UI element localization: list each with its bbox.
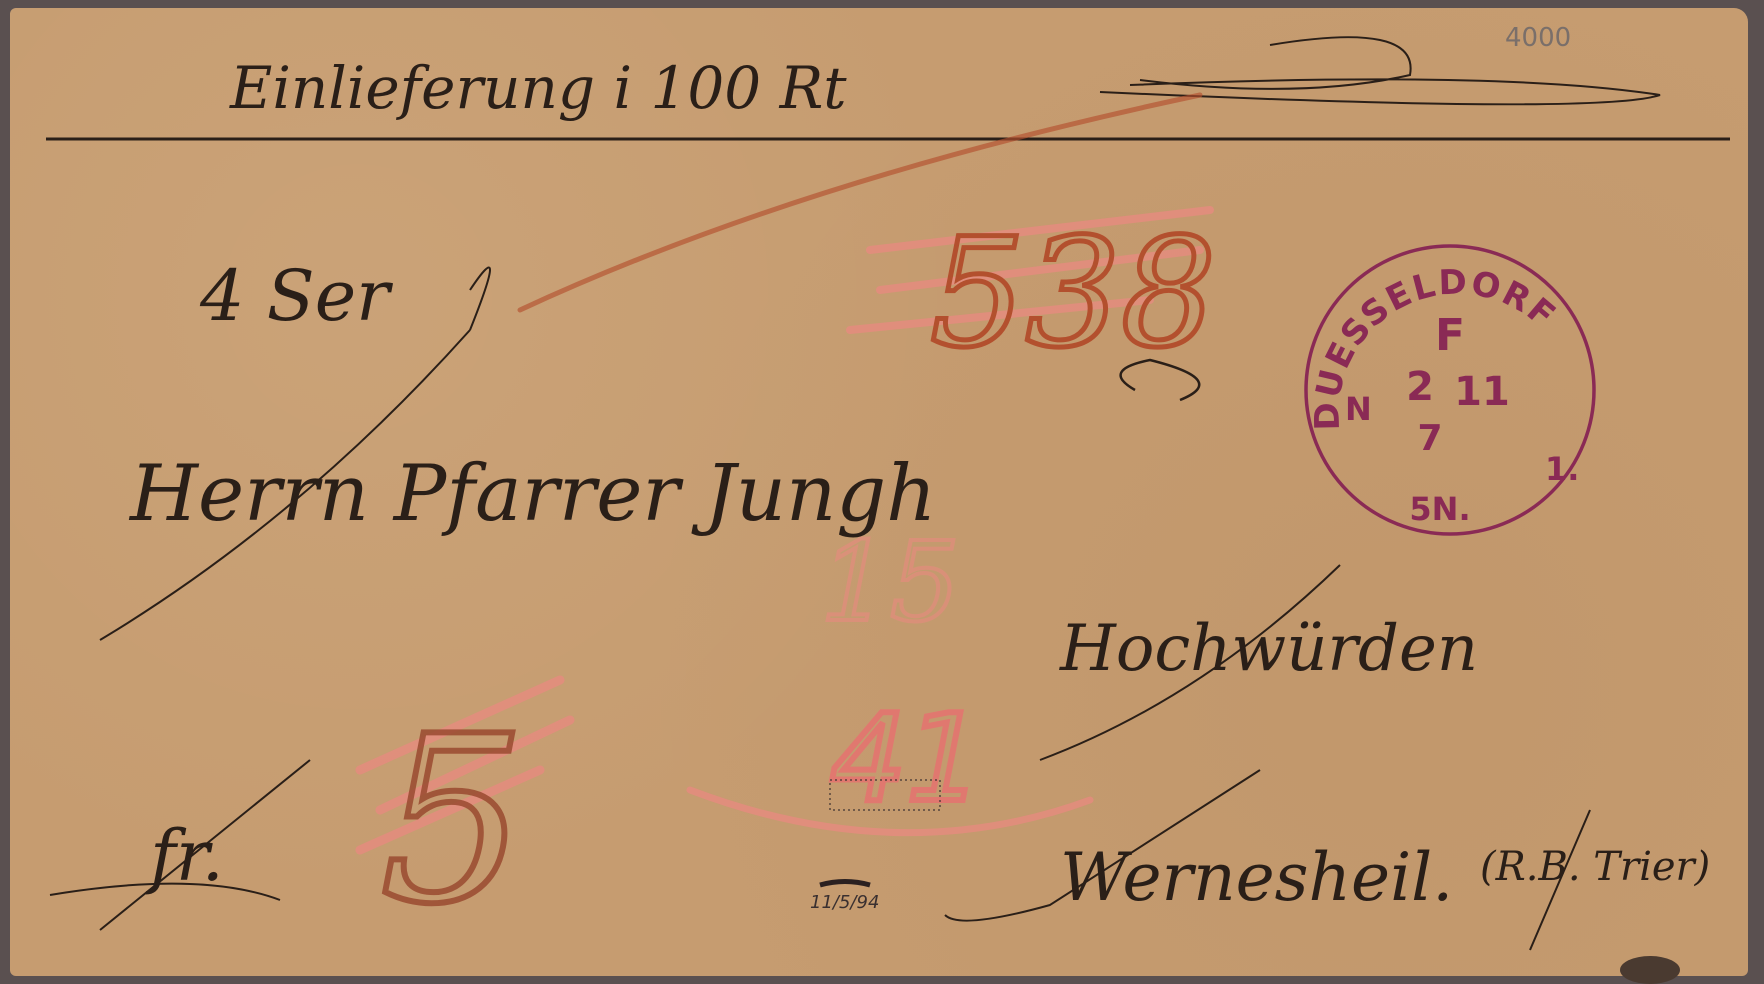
pink-faint-number: 15 [820,518,960,646]
postmark-month: 11 [1454,369,1510,415]
destination: Wernesheil. [1060,839,1453,916]
postmark-time: 5N. [1409,490,1470,528]
envelope-markings: Einlieferung i 100 Rt 4000 538 4 Ser DUE… [0,0,1764,984]
registration-number: 538 [930,207,1216,381]
postmark-letter: F [1435,310,1465,361]
postmark-right: 1. [1545,450,1579,488]
postmark-year: 7 [1417,418,1442,459]
postmark: DUESSELDORF F 2 11 7 N 1. 5N. [1306,246,1594,534]
stain [1620,956,1680,984]
header-line-text: Einlieferung i 100 Rt [229,54,847,122]
addressee-line2: Hochwürden [1059,612,1478,686]
header-flourish [1100,37,1660,104]
small-marking: 11/5/94 [810,892,879,913]
addressee-line1: Herrn Pfarrer Jungh [128,449,936,539]
postmark-left: N [1345,390,1372,428]
left-note: 4 Ser [199,255,393,337]
red-fee: 5 [380,688,526,955]
postmark-day: 2 [1406,364,1434,410]
pencil-note: 4000 [1505,23,1571,53]
destination-region: (R.B. Trier) [1480,844,1710,890]
pink-fee: 41 [830,690,983,829]
